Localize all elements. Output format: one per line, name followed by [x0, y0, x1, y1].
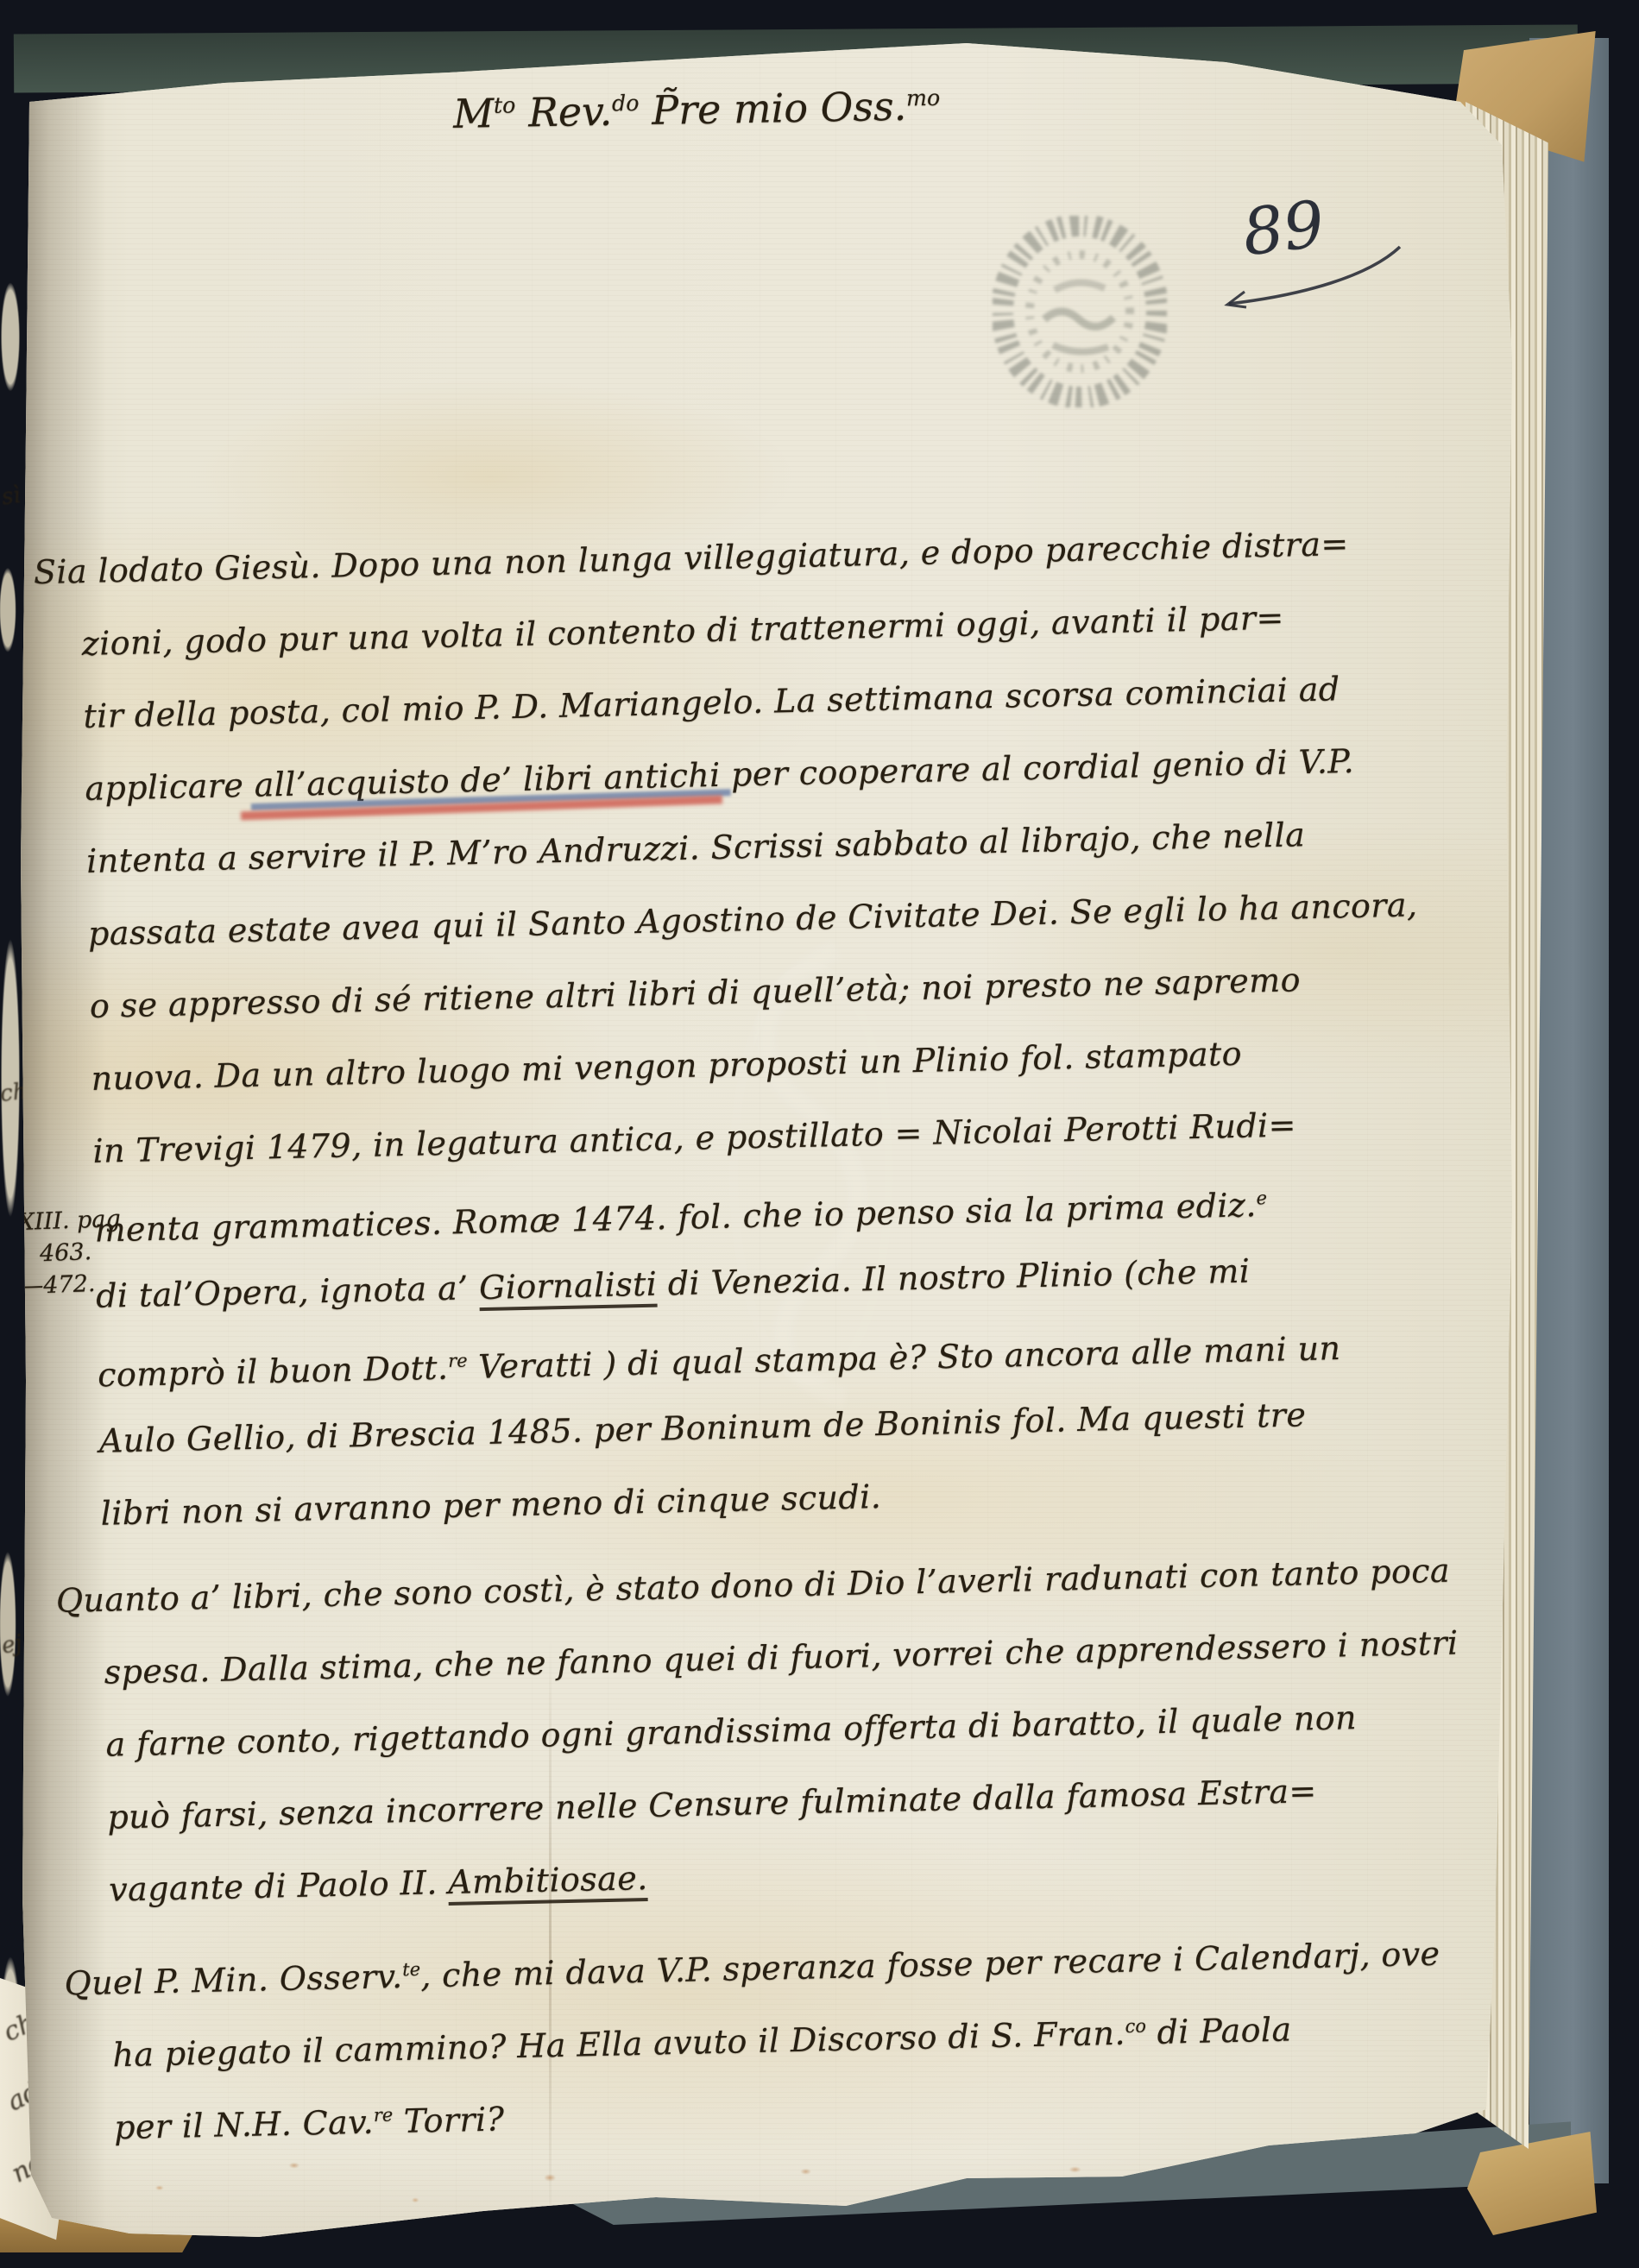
text-segment-sup: to: [494, 92, 516, 117]
text-segment: Aulo Gellio, di Brescia 1485. per Boninu…: [98, 1395, 1306, 1460]
letter-body: Sia lodato Giesù. Dopo una non lunga vil…: [79, 504, 1530, 2157]
text-segment: tir della posta, col mio P. D. Mariangel…: [83, 670, 1340, 735]
text-segment: vagante di Paolo II.: [109, 1863, 449, 1909]
text-segment-sup: mo: [906, 85, 941, 111]
text-segment-sup: te: [402, 1959, 420, 1980]
text-segment-u-ink: Ambitiosae.: [448, 1859, 648, 1906]
text-segment: di tal’Opera, ignota a’: [96, 1269, 480, 1315]
text-segment: nuova. Da un altro luogo mi vengon propo…: [91, 1035, 1242, 1098]
text-segment: per il N.H. Cav.: [114, 2103, 375, 2147]
folio-underline-flourish: [1200, 231, 1407, 326]
text-segment: M: [453, 90, 495, 137]
gutter-text-fragment: sì: [0, 482, 22, 511]
text-segment-sup: do: [612, 91, 640, 117]
text-segment-sup: re: [448, 1350, 468, 1370]
photograph-of-manuscript: { "folio_number": "89", "salutation": { …: [0, 0, 1639, 2268]
text-segment: Quel P. Min. Osserv.: [64, 1957, 403, 2003]
text-segment: libri non si avranno per meno di cinque …: [100, 1477, 881, 1533]
text-segment-sup: e: [1256, 1188, 1267, 1208]
text-segment: Sia lodato Giesù. Dopo una non lunga vil…: [33, 525, 1349, 591]
text-segment: di Paola: [1146, 2010, 1292, 2051]
text-segment: o se appresso di sé ritiene altri libri …: [89, 961, 1301, 1025]
text-segment: può farsi, senza incorrere nelle Censure…: [107, 1772, 1317, 1836]
text-segment: di Venezia. Il nostro Plinio (che mi: [657, 1252, 1251, 1303]
text-segment: intenta a servire il P. M’ro Andruzzi. S…: [86, 816, 1306, 880]
text-segment: passata estate avea qui il Santo Agostin…: [88, 885, 1418, 953]
text-segment-u-ink: Giornalisti: [479, 1265, 658, 1311]
letter-paragraph: Quel P. Min. Osserv.te, che mi dava V.P.…: [110, 1909, 1530, 2158]
text-segment: Quanto a’ libri, che sono costì, è stato…: [55, 1552, 1450, 1620]
text-segment: P̃re mio Oss.: [639, 83, 907, 134]
text-segment: Rev.: [515, 88, 613, 136]
salutation: Mto Rev.do P̃re mio Oss.mo: [453, 82, 941, 137]
text-segment: per cooperare al cordial genio di V.P.: [720, 742, 1354, 794]
letter-paragraph: Sia lodato Giesù. Dopo una non lunga vil…: [79, 504, 1516, 1549]
text-segment: zioni, godo pur una volta il contento di…: [81, 599, 1284, 663]
text-segment: ha piegato il cammino? Ha Ella avuto il …: [112, 2014, 1125, 2075]
text-segment: comprò il buon Dott.: [98, 1349, 449, 1395]
text-segment-sup: re: [374, 2105, 394, 2126]
text-segment: Veratti ) di qual stampa è? Sto ancora a…: [467, 1329, 1341, 1386]
text-segment: Torri?: [393, 2100, 505, 2140]
library-stamp-icon: [993, 216, 1167, 407]
manuscript-page: Mto Rev.do P̃re mio Oss.mo 89 XIII. pag4…: [0, 0, 1639, 2268]
letter-paragraph: Quanto a’ libri, che sono costì, è stato…: [102, 1533, 1525, 1926]
text-segment: a farne conto, rigettando ogni grandissi…: [105, 1698, 1357, 1764]
text-segment: spesa. Dalla stima, che ne fanno quei di…: [104, 1623, 1459, 1691]
text-segment: in Trevigi 1479, in legatura antica, e p…: [92, 1106, 1296, 1169]
text-segment-u-redblue: all’acquisto de’ libri antichi: [254, 756, 721, 804]
text-segment: applicare: [85, 766, 255, 808]
text-segment-sup: co: [1125, 2015, 1146, 2037]
